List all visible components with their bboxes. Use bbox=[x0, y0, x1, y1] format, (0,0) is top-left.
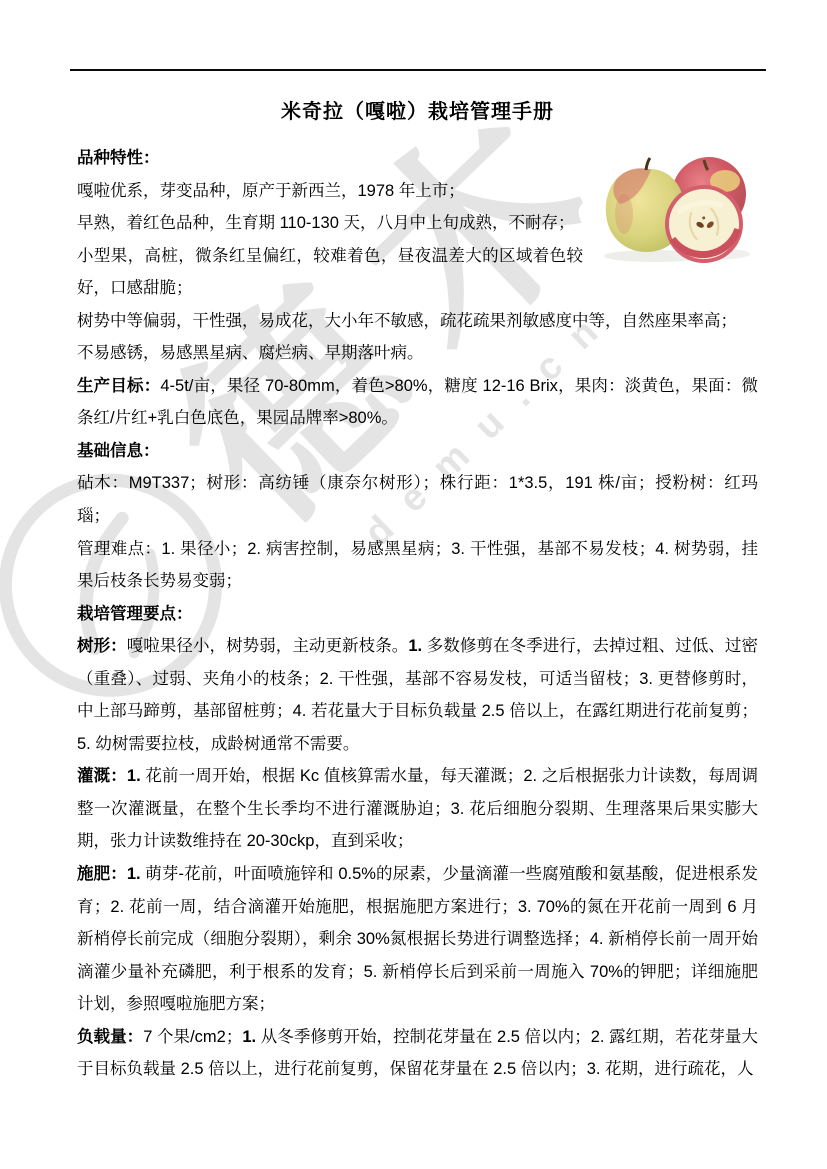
paragraph: 生产目标：4-5t/亩，果径 70-80mm，着色>80%，糖度 12-16 B… bbox=[77, 370, 758, 435]
paragraph: 负载量：7 个果/cm2；1. 从冬季修剪开始，控制花芽量在 2.5 倍以内；2… bbox=[77, 1021, 758, 1086]
bold-text-run: 1. bbox=[242, 1028, 256, 1046]
paragraph: 施肥：1. 萌芽-花前，叶面喷施锌和 0.5%的尿素，少量滴灌一些腐殖酸和氨基酸… bbox=[77, 858, 758, 1021]
text-run: 早熟，着红色品种，生育期 110-130 天，八月中上旬成熟，不耐存； bbox=[77, 214, 575, 232]
paragraph: 管理难点：1. 果径小；2. 病害控制，易感黑星病；3. 干性强，基部不易发枝；… bbox=[77, 533, 758, 598]
text-run: 嘎啦优系，芽变品种，原产于新西兰，1978 年上市； bbox=[77, 182, 465, 200]
document-page: 德木 demu.cn 米奇拉（嘎啦）栽培管理手册 bbox=[0, 0, 827, 1169]
bold-text-run: 灌溉： bbox=[77, 767, 127, 785]
text-run: 小型果，高桩，微条红呈偏红，较难着色，昼夜温差大的区域着色较好，口感甜脆； bbox=[77, 247, 583, 298]
document-body: 品种特性：嘎啦优系，芽变品种，原产于新西兰，1978 年上市；早熟，着红色品种，… bbox=[77, 142, 758, 1086]
bold-text-run: 品种特性： bbox=[77, 149, 160, 167]
bold-text-run: 生产目标： bbox=[77, 377, 160, 395]
text-run: 树势中等偏弱，干性强，易成花，大小年不敏感，疏花疏果剂敏感度中等，自然座果率高； bbox=[77, 312, 737, 330]
paragraph: 砧木：M9T337；树形：高纺锤（康奈尔树形）；株行距：1*3.5，191 株/… bbox=[77, 467, 758, 532]
horizontal-rule bbox=[70, 69, 766, 71]
paragraph: 栽培管理要点： bbox=[77, 598, 758, 631]
paragraph: 灌溉：1. 花前一周开始，根据 Kc 值核算需水量，每天灌溉；2. 之后根据张力… bbox=[77, 760, 758, 858]
paragraph: 不易感锈，易感黑星病、腐烂病、早期落叶病。 bbox=[77, 337, 758, 370]
paragraph: 树形：嘎啦果径小，树势弱，主动更新枝条。1. 多数修剪在冬季进行，去掉过粗、过低… bbox=[77, 630, 758, 760]
paragraph: 树势中等偏弱，干性强，易成花，大小年不敏感，疏花疏果剂敏感度中等，自然座果率高； bbox=[77, 305, 758, 338]
paragraph: 基础信息： bbox=[77, 435, 758, 468]
text-run: 嘎啦果径小，树势弱，主动更新枝条。 bbox=[127, 637, 409, 655]
bold-text-run: 1. bbox=[408, 637, 422, 655]
text-run: 管理难点：1. 果径小；2. 病害控制，易感黑星病；3. 干性强，基部不易发枝；… bbox=[77, 540, 758, 591]
bold-text-run: 负载量： bbox=[77, 1028, 143, 1046]
text-run: 不易感锈，易感黑星病、腐烂病、早期落叶病。 bbox=[77, 344, 424, 362]
bold-text-run: 基础信息： bbox=[77, 442, 160, 460]
document-content: 米奇拉（嘎啦）栽培管理手册 bbox=[77, 96, 758, 1086]
bold-text-run: 施肥： bbox=[77, 865, 127, 883]
text-run: 萌芽-花前，叶面喷施锌和 0.5%的尿素，少量滴灌一些腐殖酸和氨基酸，促进根系发… bbox=[77, 865, 758, 1013]
text-run: 砧木：M9T337；树形：高纺锤（康奈尔树形）；株行距：1*3.5，191 株/… bbox=[77, 474, 758, 525]
bold-text-run: 1. bbox=[127, 767, 141, 785]
bold-text-run: 栽培管理要点： bbox=[77, 605, 193, 623]
text-run: 花前一周开始，根据 Kc 值核算需水量，每天灌溉；2. 之后根据张力计读数，每周… bbox=[77, 767, 758, 850]
gala-apples-illustration bbox=[596, 152, 758, 264]
text-run: 4-5t/亩，果径 70-80mm，着色>80%，糖度 12-16 Brix，果… bbox=[77, 377, 758, 428]
bold-text-run: 1. bbox=[127, 865, 141, 883]
apple-photo bbox=[596, 152, 758, 264]
bold-text-run: 树形： bbox=[77, 637, 127, 655]
page-title: 米奇拉（嘎啦）栽培管理手册 bbox=[77, 96, 758, 128]
text-run: 7 个果/cm2； bbox=[143, 1028, 242, 1046]
